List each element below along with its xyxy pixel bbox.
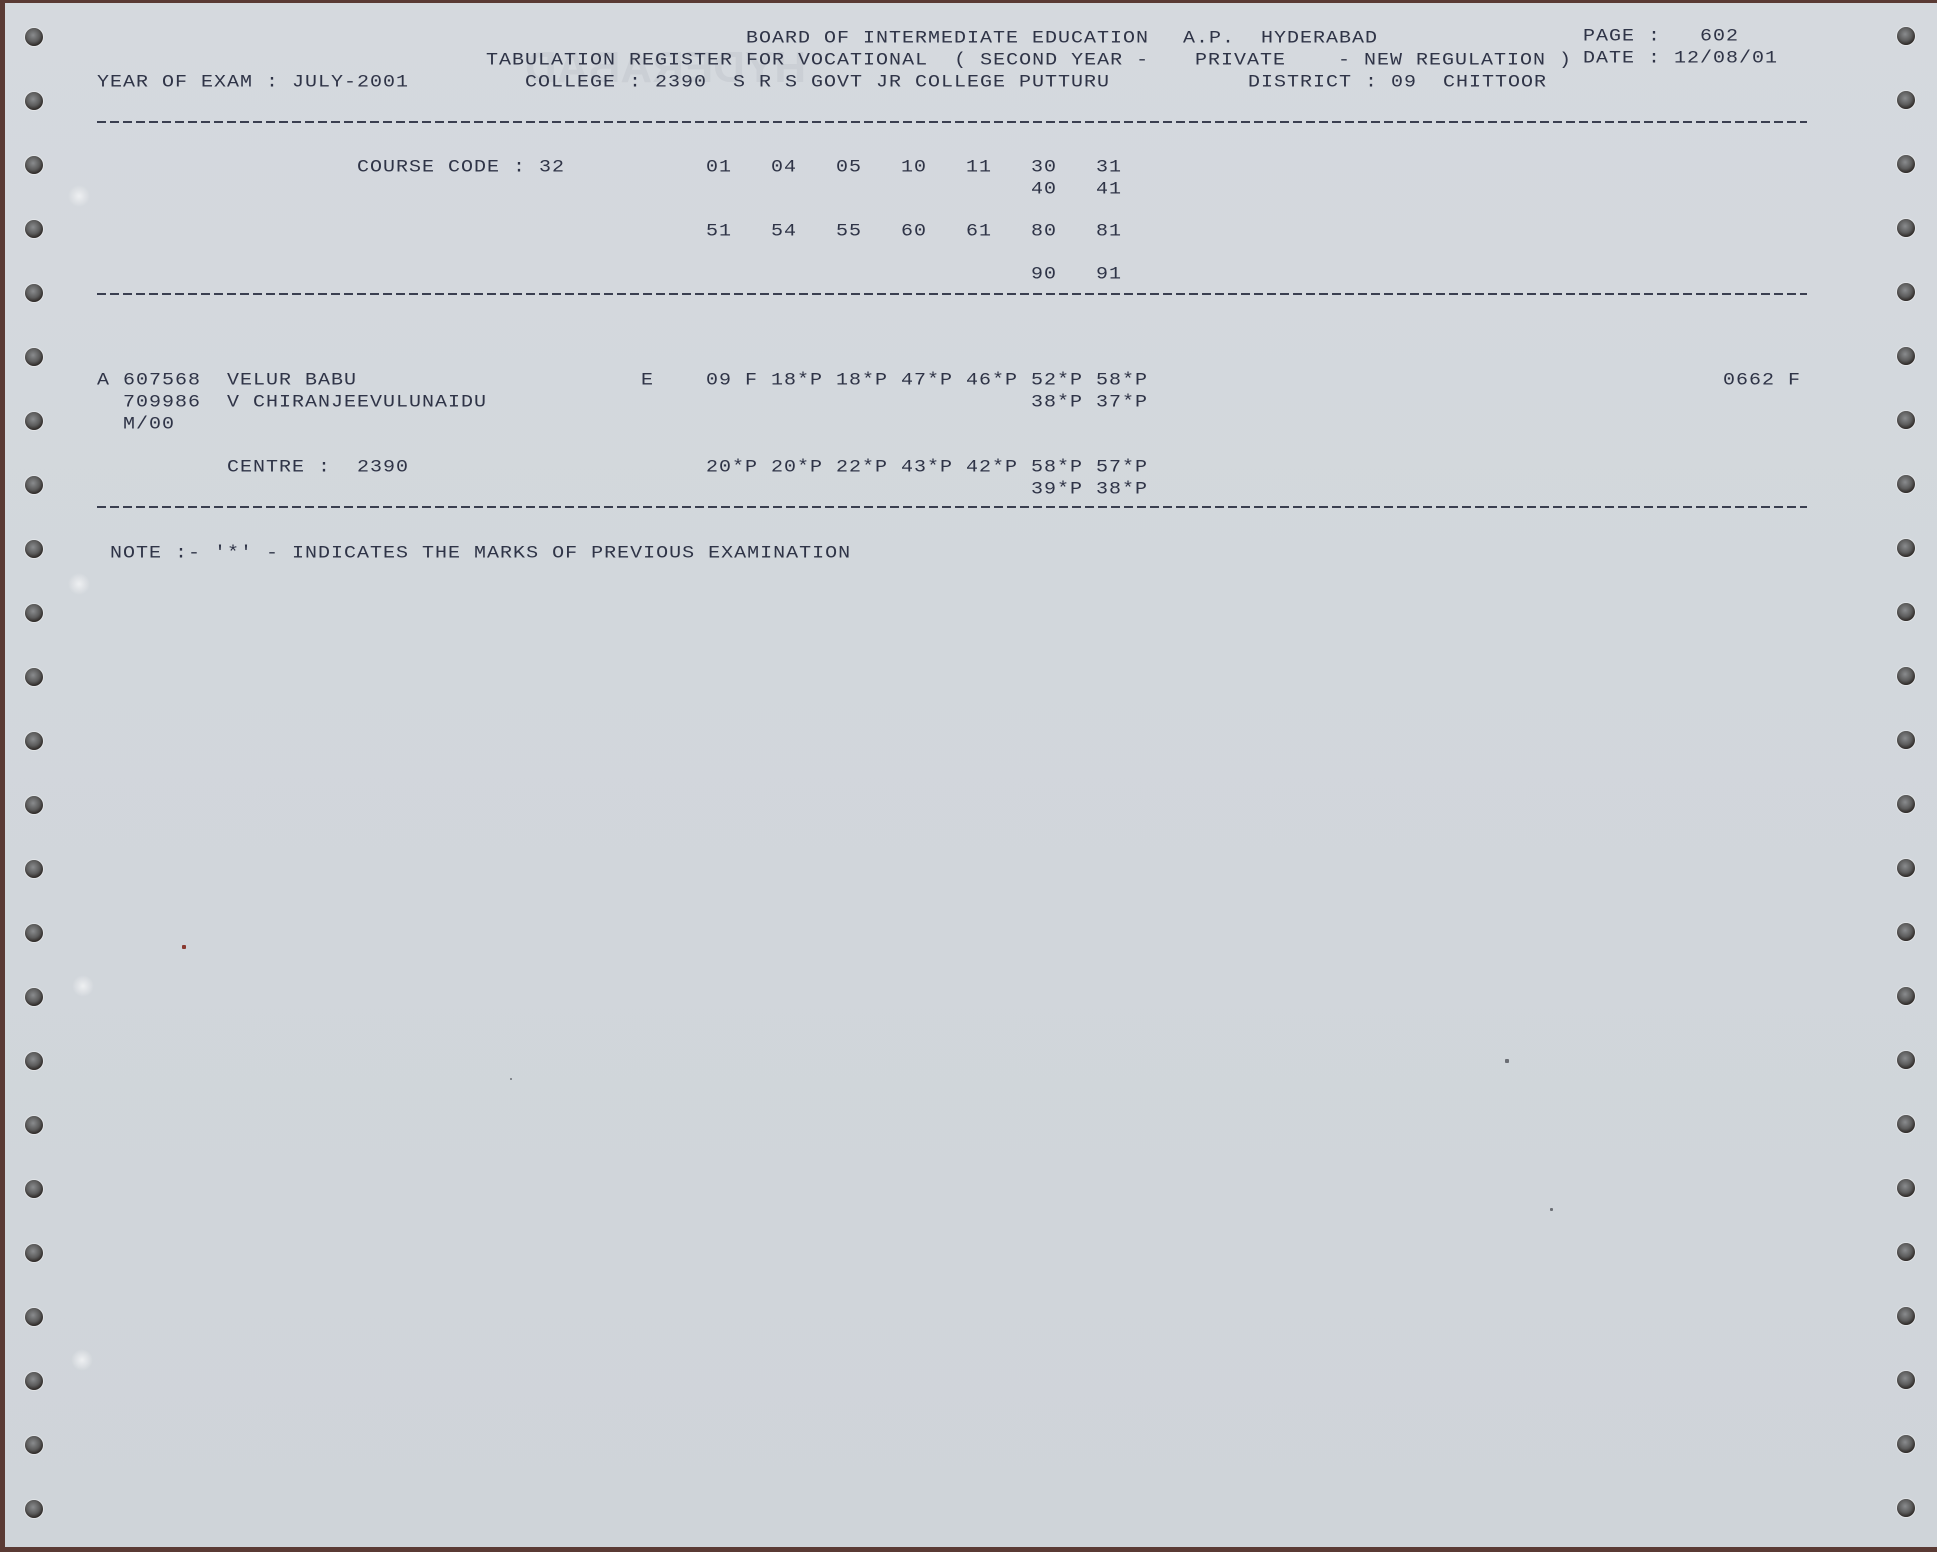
sprocket-hole-icon	[25, 156, 43, 174]
paper-speck	[1505, 1059, 1509, 1063]
header-city: HYDERABAD	[1261, 29, 1378, 49]
student-name: VELUR BABU	[227, 371, 357, 391]
college-code: 2390	[655, 73, 707, 93]
page-number: 602	[1700, 27, 1739, 47]
sprocket-hole-icon	[25, 1372, 43, 1390]
sprocket-hole-icon	[1897, 731, 1915, 749]
medium-code: E	[641, 371, 654, 391]
sprocket-hole-icon	[1897, 1243, 1915, 1261]
subject-code: 41	[1096, 180, 1122, 200]
year-label: YEAR OF EXAM :	[97, 73, 279, 93]
subject-code: 01	[706, 158, 732, 178]
date-value: 12/08/01	[1674, 49, 1778, 69]
mark-cell: 46*P	[966, 371, 1018, 391]
subject-code: 31	[1096, 158, 1122, 178]
sprocket-hole-icon	[1897, 1115, 1915, 1133]
result-status: F	[1788, 371, 1801, 391]
centre-label: CENTRE :	[227, 458, 331, 478]
footnote: NOTE :- '*' - INDICATES THE MARKS OF PRE…	[110, 544, 851, 564]
mark-cell: 38*P	[1031, 393, 1083, 413]
sprocket-hole-icon	[1897, 27, 1915, 45]
sprocket-hole-icon	[1897, 539, 1915, 557]
subject-code: 51	[706, 222, 732, 242]
mark-cell: 58*P	[1096, 371, 1148, 391]
paper-speck	[1550, 1208, 1553, 1211]
sprocket-hole-icon	[1897, 1179, 1915, 1197]
course-code-label: COURSE CODE :	[357, 158, 526, 178]
mark-cell: 20*P	[706, 458, 758, 478]
mark-cell: 39*P	[1031, 480, 1083, 500]
centre-code: 2390	[357, 458, 409, 478]
mark-cell: 47*P	[901, 371, 953, 391]
hall-ticket-number: 607568	[123, 371, 201, 391]
sprocket-hole-icon	[1897, 1435, 1915, 1453]
mark-cell: 42*P	[966, 458, 1018, 478]
subject-code: 10	[901, 158, 927, 178]
register-mode: PRIVATE - NEW REGULATION )	[1195, 51, 1572, 71]
subject-code: 81	[1096, 222, 1122, 242]
paper-dent	[72, 975, 94, 997]
sprocket-hole-icon	[1897, 859, 1915, 877]
subject-code: 91	[1096, 265, 1122, 285]
paper-speck	[510, 1078, 512, 1080]
sprocket-hole-icon	[1897, 1051, 1915, 1069]
subject-code: 04	[771, 158, 797, 178]
sprocket-hole-icon	[25, 1116, 43, 1134]
mark-cell: 18*P	[836, 371, 888, 391]
district-name: CHITTOOR	[1443, 73, 1547, 93]
sprocket-hole-icon	[1897, 283, 1915, 301]
mark-cell: 20*P	[771, 458, 823, 478]
sprocket-hole-icon	[25, 988, 43, 1006]
separator-line	[97, 506, 1807, 508]
sprocket-hole-icon	[1897, 667, 1915, 685]
registration-number: 709986	[123, 393, 201, 413]
sprocket-hole-icon	[25, 796, 43, 814]
sprocket-hole-icon	[25, 668, 43, 686]
board-title: BOARD OF INTERMEDIATE EDUCATION	[746, 29, 1149, 49]
subject-code: 61	[966, 222, 992, 242]
separator-line	[97, 121, 1807, 123]
mark-cell: 38*P	[1096, 480, 1148, 500]
sprocket-hole-icon	[25, 924, 43, 942]
sprocket-hole-icon	[25, 540, 43, 558]
sprocket-hole-icon	[25, 1500, 43, 1518]
mark-cell: 09 F	[706, 371, 758, 391]
paper-dent	[68, 573, 90, 595]
sprocket-hole-icon	[25, 348, 43, 366]
sprocket-hole-icon	[25, 1052, 43, 1070]
mark-cell: 43*P	[901, 458, 953, 478]
district-code: 09	[1391, 73, 1417, 93]
sprocket-hole-icon	[25, 732, 43, 750]
subject-code: 55	[836, 222, 862, 242]
header-state: A.P.	[1183, 29, 1235, 49]
sprocket-hole-icon	[1897, 219, 1915, 237]
sprocket-hole-icon	[25, 412, 43, 430]
total-marks: 0662	[1723, 371, 1775, 391]
paper-speck	[182, 945, 186, 949]
college-label: COLLEGE :	[525, 73, 642, 93]
sprocket-hole-icon	[25, 1244, 43, 1262]
sprocket-hole-icon	[1897, 603, 1915, 621]
page-label: PAGE :	[1583, 27, 1661, 47]
gender-code: M/00	[123, 415, 175, 435]
sprocket-hole-icon	[25, 604, 43, 622]
mark-cell: 22*P	[836, 458, 888, 478]
date-label: DATE :	[1583, 49, 1661, 69]
mark-cell: 52*P	[1031, 371, 1083, 391]
paper-dent	[68, 185, 90, 207]
year-value: JULY-2001	[292, 73, 409, 93]
sprocket-hole-icon	[25, 1180, 43, 1198]
district-label: DISTRICT :	[1248, 73, 1378, 93]
mark-cell: 18*P	[771, 371, 823, 391]
tabulation-register-page: HYDERABAD BOARD OF INTERMEDIATE EDUCATIO…	[5, 3, 1937, 1547]
sprocket-hole-icon	[1897, 923, 1915, 941]
subject-code: 54	[771, 222, 797, 242]
subject-code: 90	[1031, 265, 1057, 285]
subject-code: 80	[1031, 222, 1057, 242]
sprocket-hole-icon	[1897, 1499, 1915, 1517]
mark-cell: 37*P	[1096, 393, 1148, 413]
sprocket-hole-icon	[1897, 987, 1915, 1005]
mark-cell: 57*P	[1096, 458, 1148, 478]
sprocket-hole-icon	[25, 92, 43, 110]
sprocket-hole-icon	[25, 1308, 43, 1326]
sprocket-hole-icon	[25, 476, 43, 494]
subject-code: 60	[901, 222, 927, 242]
sprocket-hole-icon	[1897, 1307, 1915, 1325]
subject-code: 30	[1031, 158, 1057, 178]
separator-line	[97, 293, 1807, 295]
sprocket-hole-icon	[25, 860, 43, 878]
college-name: S R S GOVT JR COLLEGE PUTTURU	[733, 73, 1110, 93]
sprocket-hole-icon	[1897, 347, 1915, 365]
sprocket-hole-icon	[1897, 155, 1915, 173]
sprocket-hole-icon	[1897, 475, 1915, 493]
sprocket-hole-icon	[1897, 411, 1915, 429]
register-title: TABULATION REGISTER FOR VOCATIONAL ( SEC…	[486, 51, 1149, 71]
subject-code: 11	[966, 158, 992, 178]
subject-code: 40	[1031, 180, 1057, 200]
sprocket-hole-icon	[25, 284, 43, 302]
student-category: A	[97, 371, 110, 391]
course-code-value: 32	[539, 158, 565, 178]
sprocket-hole-icon	[1897, 1371, 1915, 1389]
sprocket-hole-icon	[25, 220, 43, 238]
paper-dent	[71, 1349, 93, 1371]
sprocket-hole-icon	[25, 1436, 43, 1454]
subject-code: 05	[836, 158, 862, 178]
sprocket-hole-icon	[1897, 795, 1915, 813]
sprocket-hole-icon	[25, 28, 43, 46]
sprocket-hole-icon	[1897, 91, 1915, 109]
mark-cell: 58*P	[1031, 458, 1083, 478]
father-name: V CHIRANJEEVULUNAIDU	[227, 393, 487, 413]
